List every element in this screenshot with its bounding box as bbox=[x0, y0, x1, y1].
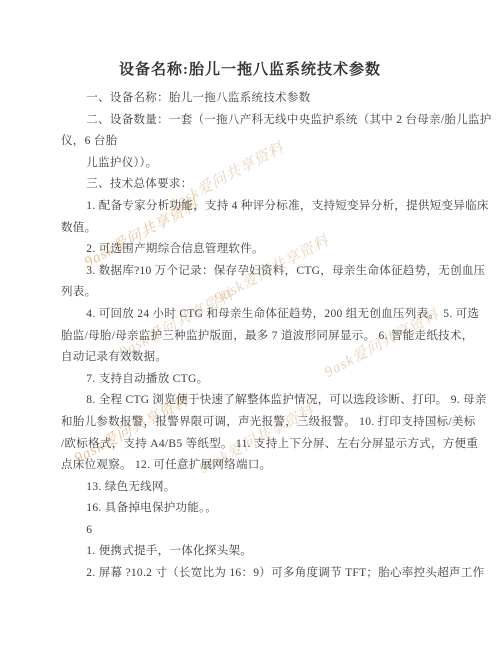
document-line: 和胎儿参数报警，报警界限可调，声光报警，三级报警。 10. 打印支持国标/美标 bbox=[61, 412, 443, 434]
document-line: 儿监护仪））。 bbox=[61, 153, 443, 175]
document-line: 16. 具备掉电保护功能。。 bbox=[61, 498, 443, 520]
document-line: 三、技术总体要求： bbox=[61, 174, 443, 196]
document-line: 列表。 bbox=[61, 282, 443, 304]
document-line: 6 bbox=[61, 520, 443, 542]
document-line: 自动记录有效数据。 bbox=[61, 347, 443, 369]
document-body: 一、设备名称：胎儿一拖八监系统技术参数 二、设备数量：一套（一拖八产科无线中央监… bbox=[61, 88, 443, 585]
document-line: 数值。 bbox=[61, 218, 443, 240]
document-line: 7. 支持自动播放 CTG。 bbox=[61, 369, 443, 391]
document-line: 胎监/母胎/母亲监护三种监护版面，最多 7 道波形同屏显示。 6. 智能走纸技术… bbox=[61, 326, 443, 348]
document-line: 2. 可选围产期综合信息管理软件。 bbox=[61, 239, 443, 261]
document-line: 二、设备数量：一套（一拖八产科无线中央监护系统（其中 2 台母亲/胎儿监护 bbox=[61, 110, 443, 132]
document-title: 设备名称:胎儿一拖八监系统技术参数 bbox=[0, 58, 500, 79]
document-line: 3. 数据库?10 万个记录：保存孕妇资料，CTG，母亲生命体征趋势，无创血压 bbox=[61, 261, 443, 283]
document-page: 9ask爱问共享资料 9ask爱问共享资料 9ask爱问共享资料 9ask爱问共… bbox=[0, 0, 500, 647]
document-line: 仪，6 台胎 bbox=[61, 131, 443, 153]
document-line: 2. 屏幕 ?10.2 寸（长宽比为 16：9）可多角度调节 TFT；胎心率控头… bbox=[61, 563, 443, 585]
document-line: 1. 配备专家分析功能，支持 4 种评分标准，支持短变异分析，提供短变异临床 bbox=[61, 196, 443, 218]
document-line: 4. 可回放 24 小时 CTG 和母亲生命体征趋势，200 组无创血压列表。 … bbox=[61, 304, 443, 326]
document-line: 1. 便携式提手，一体化探头架。 bbox=[61, 541, 443, 563]
document-line: 13. 绿色无线网。 bbox=[61, 477, 443, 499]
document-line: /欧标格式，支持 A4/B5 等纸型。 11. 支持上下分屏、左右分屏显示方式，… bbox=[61, 434, 443, 456]
document-line: 8. 全程 CTG 浏览便于快速了解整体监护情况，可以选段诊断、打印。 9. 母… bbox=[61, 390, 443, 412]
document-line: 点床位观察。 12. 可任意扩展网络端口。 bbox=[61, 455, 443, 477]
document-line: 一、设备名称：胎儿一拖八监系统技术参数 bbox=[61, 88, 443, 110]
